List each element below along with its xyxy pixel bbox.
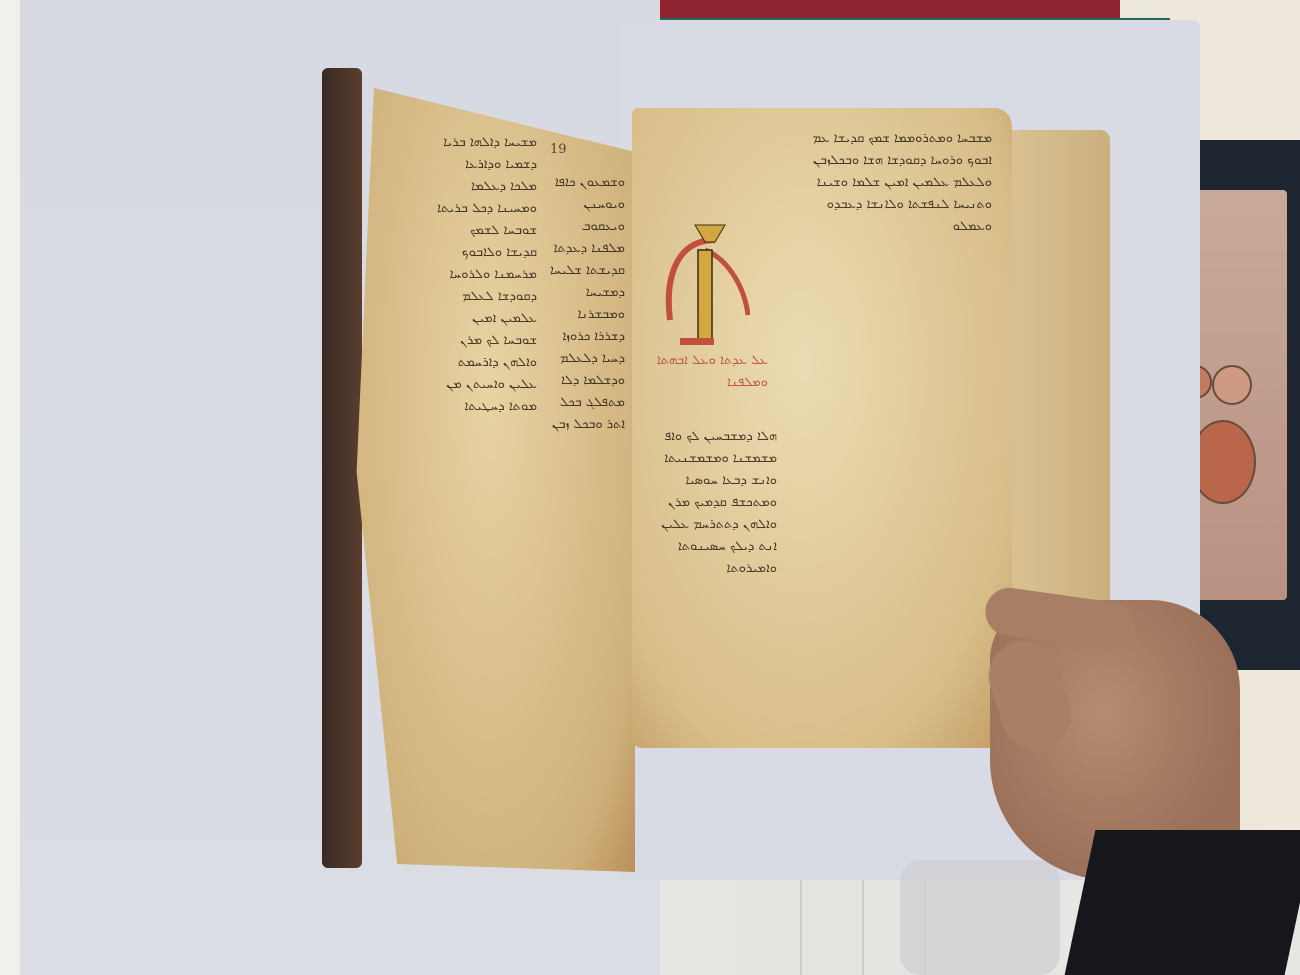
illuminated-initial <box>660 220 750 360</box>
margin-number: 19 <box>550 142 567 157</box>
book-spine <box>322 68 362 868</box>
left-column-b: ܘܫܡܥܘܢ ܟܐܦܐ ܘܝܘܚܢܢ ܘܝܥܩܘܒ ܡܠܦܢܐ ܕܥܕܬܐ ܩܕ… <box>545 172 625 772</box>
left-page: 19 ܡܫܝܚܐ ܕܐܠܗܐ ܒܪܝܐ ܕܫܡܝܐ ܘܕܐܪܥܐ ܡܠܟܐ ܕܥ… <box>345 72 635 872</box>
left-column-a: ܡܫܝܚܐ ܕܐܠܗܐ ܒܪܝܐ ܕܫܡܝܐ ܘܕܐܪܥܐ ܡܠܟܐ ܕܥܠܡܐ… <box>437 132 537 782</box>
plastic-bag <box>900 860 1060 975</box>
right-page: ܥܠ ܥܕܬܐ ܘܥܠ ܐܒܗܬܐ ܘܡܠܦܢܐ ܗܠܐ ܕܡܫܒܚܝܢ ܠܟ … <box>632 108 1012 748</box>
page-edges <box>1010 130 1110 610</box>
right-column-a: ܗܠܐ ܕܡܫܒܚܝܢ ܠܟ ܘܐܦ ܡܫܡܫܢܐ ܘܡܫܡܫܢܝܬܐ ܘܐܢܫ… <box>652 426 777 676</box>
right-column-b: ܡܫܒܚܐ ܘܡܬܪܘܡܡܐ ܫܡܟ ܩܕܝܫܐ ܥܡ ܐܒܘܟ ܘܪܘܚܐ ܕ… <box>792 128 992 668</box>
roundel-decoration <box>1212 365 1252 405</box>
black-sleeve <box>1065 830 1300 975</box>
